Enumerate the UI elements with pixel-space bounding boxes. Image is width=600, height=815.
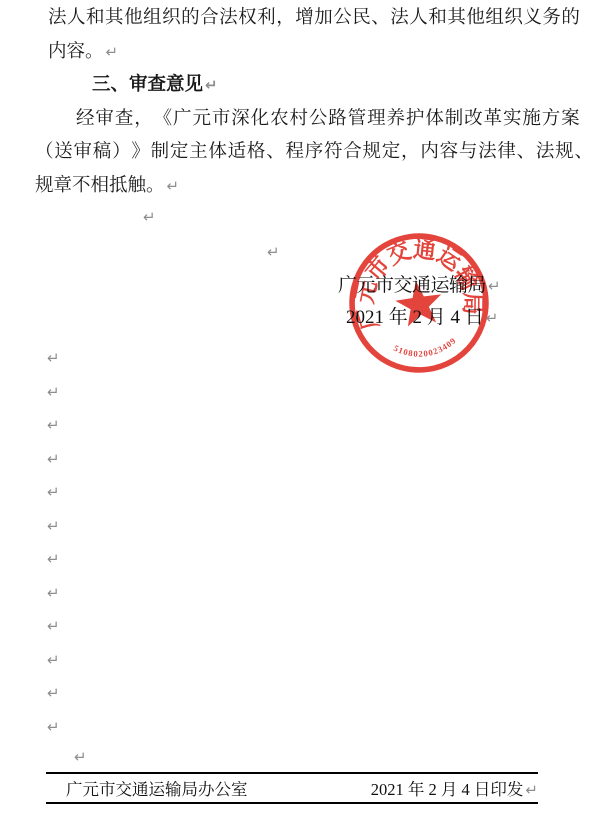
document-line: （送审稿）》制定主体适格、程序符合规定，内容与法律、法规、 bbox=[35, 136, 593, 170]
paragraph-mark-icon: ↵ bbox=[267, 245, 280, 260]
paragraph-mark-icon: ↵ bbox=[47, 519, 60, 534]
signature-date: 2021 年 2 月 4 日↵ bbox=[346, 308, 498, 327]
paragraph-mark-icon: ↵ bbox=[47, 686, 60, 701]
paragraph-mark-icon: ↵ bbox=[525, 781, 538, 799]
signature-date-text: 2021 年 2 月 4 日 bbox=[346, 307, 484, 328]
footer-print-date: 2021 年 2 月 4 日印发↵ bbox=[371, 776, 538, 800]
paragraph-mark-icon: ↵ bbox=[47, 351, 60, 366]
footer-rule-top bbox=[46, 772, 538, 774]
document-line: 内容。↵ bbox=[48, 36, 580, 70]
footer-office: 广元市交通运输局办公室 bbox=[66, 776, 248, 800]
paragraph-mark-icon: ↵ bbox=[47, 452, 60, 467]
paragraph-mark-icon: ↵ bbox=[47, 552, 60, 567]
official-seal: 广元市交通运输局 5108020023409 bbox=[339, 223, 499, 383]
document-body: 法人和其他组织的合法权利，增加公民、法人和其他组织义务的内容。↵三、审查意见↵经… bbox=[48, 2, 580, 203]
seal-code-text: 5108020023409 bbox=[391, 334, 460, 362]
paragraph-mark-icon: ↵ bbox=[106, 43, 119, 61]
footer-row: 广元市交通运输局办公室 2021 年 2 月 4 日印发↵ bbox=[46, 775, 538, 801]
document-line: 经审查，《广元市深化农村公路管理养护体制改革实施方案 bbox=[48, 103, 580, 137]
paragraph-mark-icon: ↵ bbox=[47, 385, 60, 400]
paragraph-mark-icon: ↵ bbox=[47, 653, 60, 668]
paragraph-mark-icon: ↵ bbox=[47, 586, 60, 601]
document-page: 法人和其他组织的合法权利，增加公民、法人和其他组织义务的内容。↵三、审查意见↵经… bbox=[0, 0, 600, 815]
footer-rule-bottom bbox=[46, 802, 538, 804]
document-line: 规章不相抵触。↵ bbox=[35, 170, 593, 204]
paragraph-mark-icon: ↵ bbox=[486, 309, 499, 327]
paragraph-mark-icon: ↵ bbox=[47, 619, 60, 634]
svg-text:5108020023409: 5108020023409 bbox=[391, 334, 460, 362]
paragraph-mark-icon: ↵ bbox=[205, 76, 218, 94]
document-line: 三、审查意见↵ bbox=[48, 69, 580, 103]
signature-org: 广元市交通运输局↵ bbox=[338, 276, 500, 295]
paragraph-mark-icon: ↵ bbox=[47, 485, 60, 500]
paragraph-mark-icon: ↵ bbox=[167, 177, 180, 195]
paragraph-mark-icon: ↵ bbox=[488, 277, 500, 295]
signature-org-text: 广元市交通运输局 bbox=[338, 275, 486, 296]
document-line: 法人和其他组织的合法权利，增加公民、法人和其他组织义务的 bbox=[48, 2, 580, 36]
paragraph-mark-icon: ↵ bbox=[47, 418, 60, 433]
paragraph-mark-icon: ↵ bbox=[47, 720, 60, 735]
footer-print-date-text: 2021 年 2 月 4 日印发 bbox=[371, 780, 524, 799]
paragraph-mark-icon: ↵ bbox=[143, 210, 156, 225]
paragraph-mark-icon: ↵ bbox=[74, 750, 87, 765]
